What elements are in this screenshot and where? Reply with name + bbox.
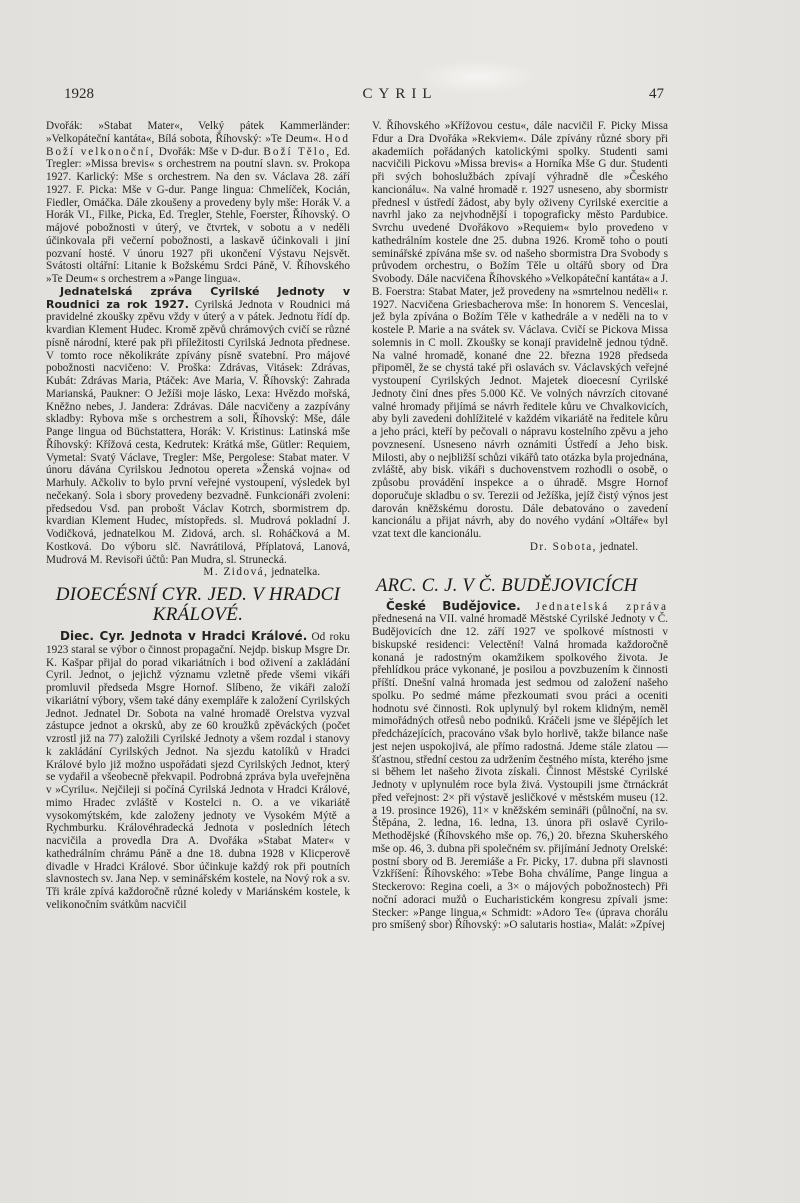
report-heading: České Budějovice.	[386, 599, 521, 613]
spaced-text: Boží Tělo,	[263, 146, 331, 158]
signature-sobota: Dr. Sobota, jednatel.	[372, 541, 668, 554]
spaced-text: Jednatelská zpráva	[536, 601, 668, 613]
paragraph-roudnice-report: Jednatelská zpráva Cyrilské Jednoty v Ro…	[46, 286, 350, 567]
signature-zidova: M. Zidová, jednatelka.	[46, 566, 350, 579]
journal-title: CYRIL	[58, 86, 742, 103]
left-column: Dvořák: »Stabat Mater«, Velký pátek Kamm…	[46, 120, 350, 912]
paragraph-budejovice-report: České Budějovice. Jednatelská zpráva pře…	[372, 600, 668, 933]
section-heading-budejovice: ARC. C. J. V Č. BUDĚJOVICÍCH	[372, 576, 668, 596]
journal-page: 1928 CYRIL 47 Dvořák: »Stabat Mater«, Ve…	[0, 0, 800, 1203]
right-column: V. Říhovského »Křížovou cestu«, dále nac…	[372, 120, 668, 932]
section-heading-hradec: DIOECÉSNÍ CYR. JED. V HRADCI KRÁLOVÉ.	[46, 585, 350, 625]
paragraph-hradec-report: Diec. Cyr. Jednota v Hradci Králové. Od …	[46, 630, 350, 912]
page-number: 47	[649, 86, 664, 103]
report-heading: Diec. Cyr. Jednota v Hradci Králové.	[60, 629, 307, 643]
paragraph-program: Dvořák: »Stabat Mater«, Velký pátek Kamm…	[46, 120, 350, 286]
running-header: 1928 CYRIL 47	[58, 86, 742, 110]
paragraph-hradec-continued: V. Říhovského »Křížovou cestu«, dále nac…	[372, 120, 668, 541]
